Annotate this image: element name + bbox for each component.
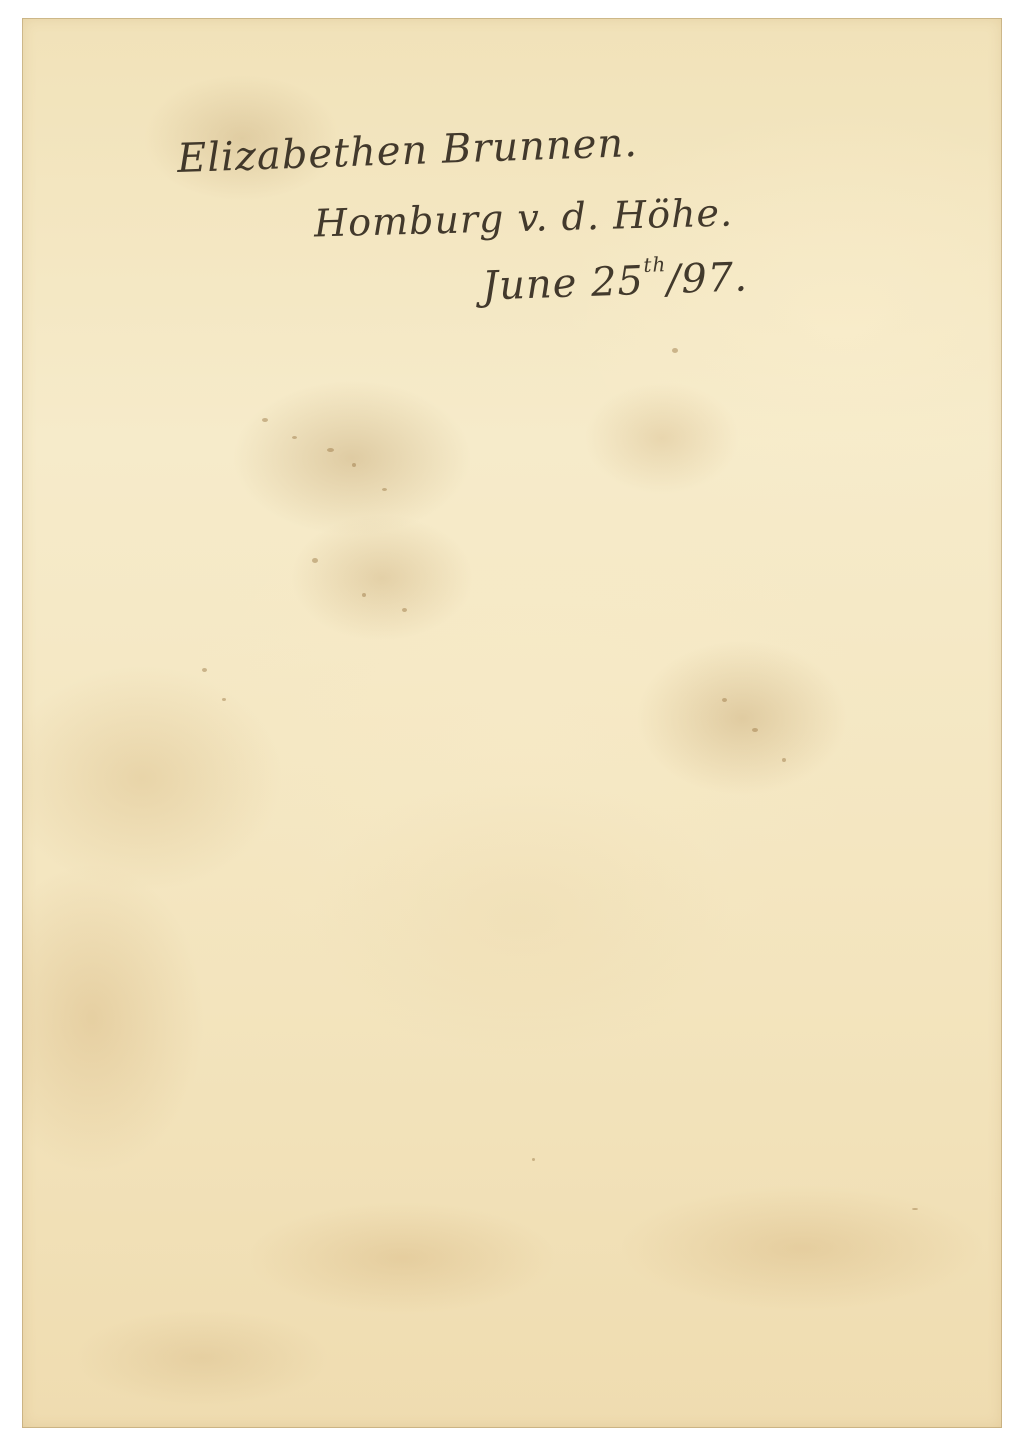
- foxing-spot: [402, 608, 407, 612]
- inscription-line-place: Elizabethen Brunnen.: [176, 120, 638, 182]
- foxing-spot: [782, 758, 786, 762]
- foxing-spot: [352, 463, 356, 467]
- foxing-spot: [202, 668, 207, 672]
- foxing-spot: [362, 593, 366, 597]
- foxing-spot: [262, 418, 268, 422]
- foxing-spot: [292, 436, 297, 439]
- foxing-spot: [312, 558, 318, 563]
- date-year: /97.: [666, 254, 749, 303]
- foxing-spot: [752, 728, 758, 732]
- foxing-spot: [382, 488, 387, 491]
- foxing-spot: [722, 698, 727, 702]
- inscription-line-town: Homburg v. d. Höhe.: [313, 191, 733, 246]
- aged-paper-card: Elizabethen Brunnen. Homburg v. d. Höhe.…: [22, 18, 1002, 1428]
- date-ordinal-suffix: th: [643, 252, 667, 277]
- date-main: June 25: [481, 258, 644, 310]
- foxing-spot: [672, 348, 678, 353]
- foxing-spot: [532, 1158, 535, 1161]
- foxing-spot: [222, 698, 226, 701]
- foxing-spot: [912, 1208, 918, 1210]
- inscription-line-date: June 25th/97.: [481, 249, 748, 309]
- foxing-spot: [327, 448, 334, 452]
